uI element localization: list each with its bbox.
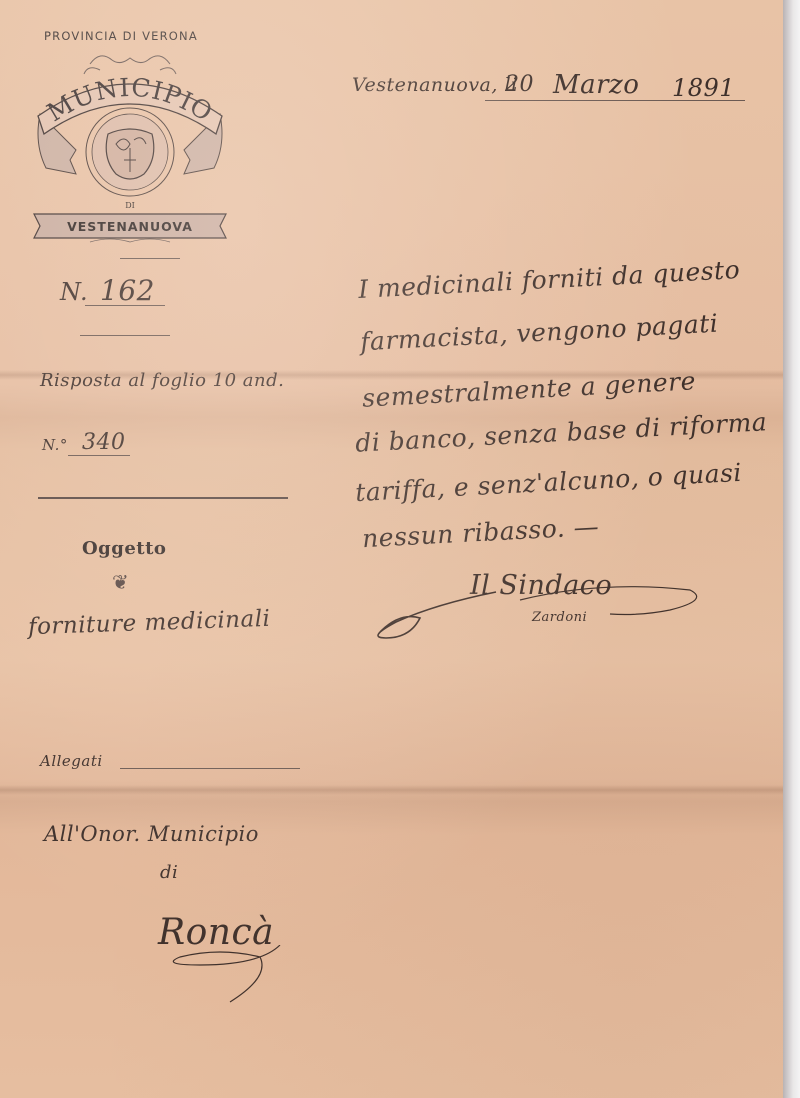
body-line: nessun ribasso. —: [361, 512, 599, 553]
date-underline: [485, 100, 745, 101]
section-divider: [38, 497, 288, 499]
body-line: farmacista, vengono pagati: [359, 309, 718, 357]
protocol-number: 162: [100, 274, 155, 307]
municipal-crest-icon: MUNICIPIO DI VESTENANUOVA: [30, 44, 230, 244]
divider-short-2: [80, 335, 170, 336]
addressee-flourish-icon: [160, 945, 300, 1015]
reply-underline: [68, 455, 130, 456]
protocol-prefix: N.: [60, 278, 88, 306]
subject-heading: Oggetto: [82, 538, 166, 559]
reply-label: Risposta al foglio 10 and.: [40, 370, 284, 391]
svg-text:DI: DI: [125, 201, 135, 210]
place-label: Vestenanuova, li: [352, 74, 518, 96]
body-line: tariffa, e senz'alcuno, o quasi: [355, 458, 743, 507]
date-year: 1891: [672, 74, 735, 102]
fold-crease-lower: [0, 785, 783, 795]
fleuron-ornament-icon: ❦: [112, 570, 129, 594]
protocol-underline: [85, 305, 165, 306]
reply-number-prefix: N.°: [42, 436, 68, 454]
divider-short: [120, 258, 180, 259]
signature-name: Zardoni: [532, 610, 587, 625]
attachments-line: [120, 768, 300, 769]
province-heading: PROVINCIA DI VERONA: [44, 29, 198, 43]
date-month: Marzo: [553, 70, 639, 100]
body-line: di banco, senza base di riforma: [355, 407, 768, 458]
attachments-label: Allegati: [40, 752, 103, 770]
addressee-line-1: All'Onor. Municipio: [44, 822, 259, 846]
subject-text: forniture medicinali: [28, 606, 271, 640]
signature-title: Il Sindaco: [470, 570, 612, 601]
letter-paper: PROVINCIA DI VERONA MUNICIPIO DI VESTENA…: [0, 0, 783, 1098]
scan-background-edge: [783, 0, 800, 1098]
date-day: 20: [505, 72, 534, 97]
addressee-line-2: di: [160, 862, 178, 883]
svg-text:VESTENANUOVA: VESTENANUOVA: [67, 219, 193, 234]
body-line: I medicinali forniti da questo: [358, 255, 741, 304]
reply-number: 340: [82, 430, 126, 455]
